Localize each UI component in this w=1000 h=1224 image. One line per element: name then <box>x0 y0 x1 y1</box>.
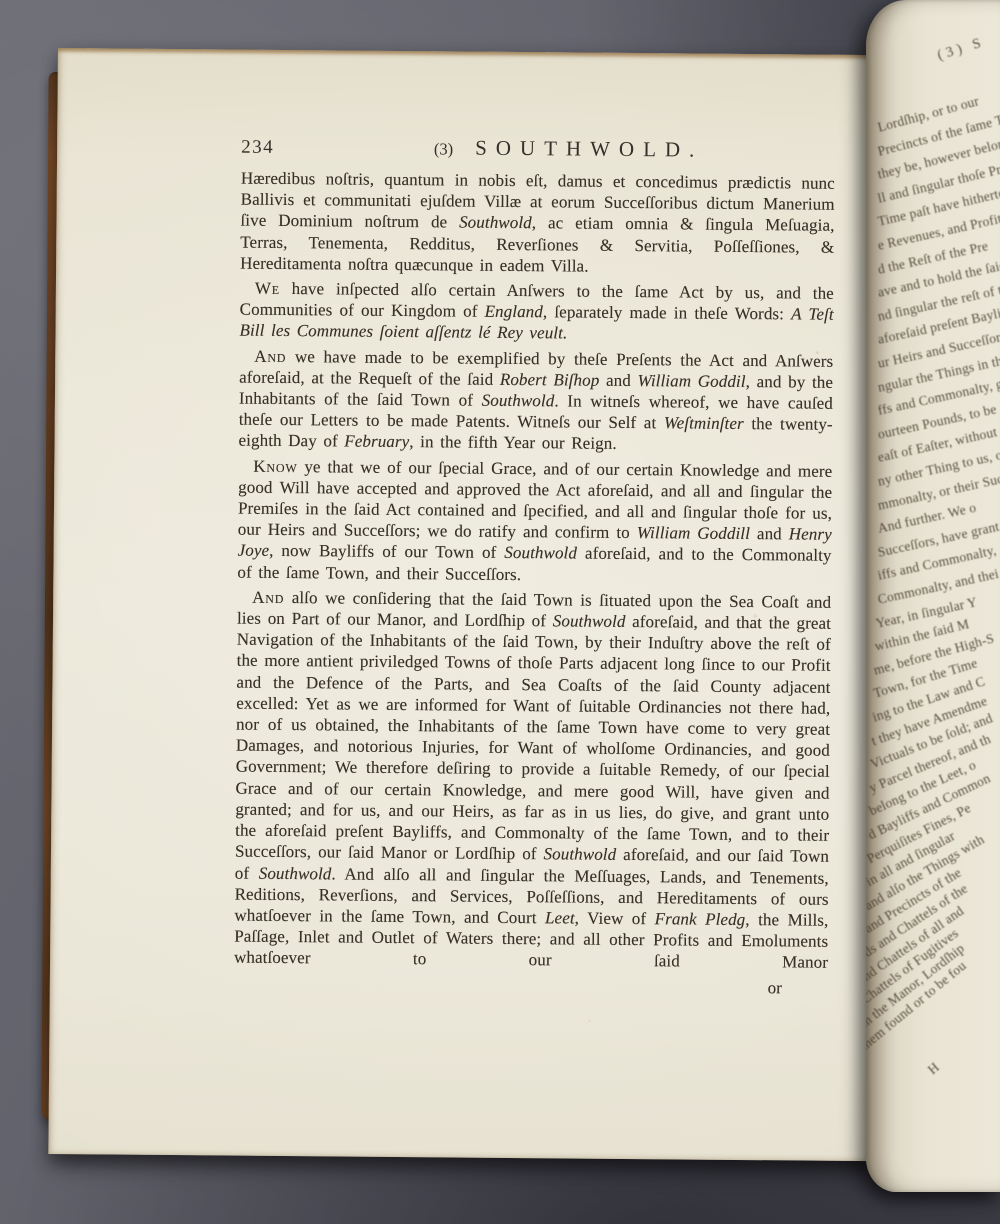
page-title: SOUTHWOLD. <box>475 136 703 162</box>
paragraph: Know ye that we of our ſpecial Grace, an… <box>237 455 832 587</box>
paragraph: Hæredibus noſtris, quantum in nobis eſt,… <box>240 168 835 279</box>
next-page-heading: (3) S <box>936 34 987 64</box>
next-page-line: H <box>925 1059 943 1078</box>
book-page: 234 (3) SOUTHWOLD. Hæredibus noſtris, qu… <box>48 48 880 1161</box>
paragraph: We have inſpected alſo certain Anſwers t… <box>239 278 834 347</box>
running-head: (3) SOUTHWOLD. <box>274 134 835 164</box>
page-content: 234 (3) SOUTHWOLD. Hæredibus noſtris, qu… <box>48 48 880 1161</box>
next-page-edge: (3) S Lordſhip, or to ourPrecincts of th… <box>866 0 1000 1192</box>
paragraph: And we have made to be exemplified by th… <box>238 345 833 456</box>
text-block: Hæredibus noſtris, quantum in nobis eſt,… <box>234 168 835 974</box>
catchword: or <box>234 972 828 998</box>
signature-mark: (3) <box>434 139 453 158</box>
paragraph: And alſo we conſidering that the ſaid To… <box>234 586 831 973</box>
page-number: 234 <box>241 137 274 159</box>
photo-backdrop: { "book": { "page": { "number": "234", "… <box>0 0 1000 1224</box>
page-header: 234 (3) SOUTHWOLD. <box>241 134 835 164</box>
